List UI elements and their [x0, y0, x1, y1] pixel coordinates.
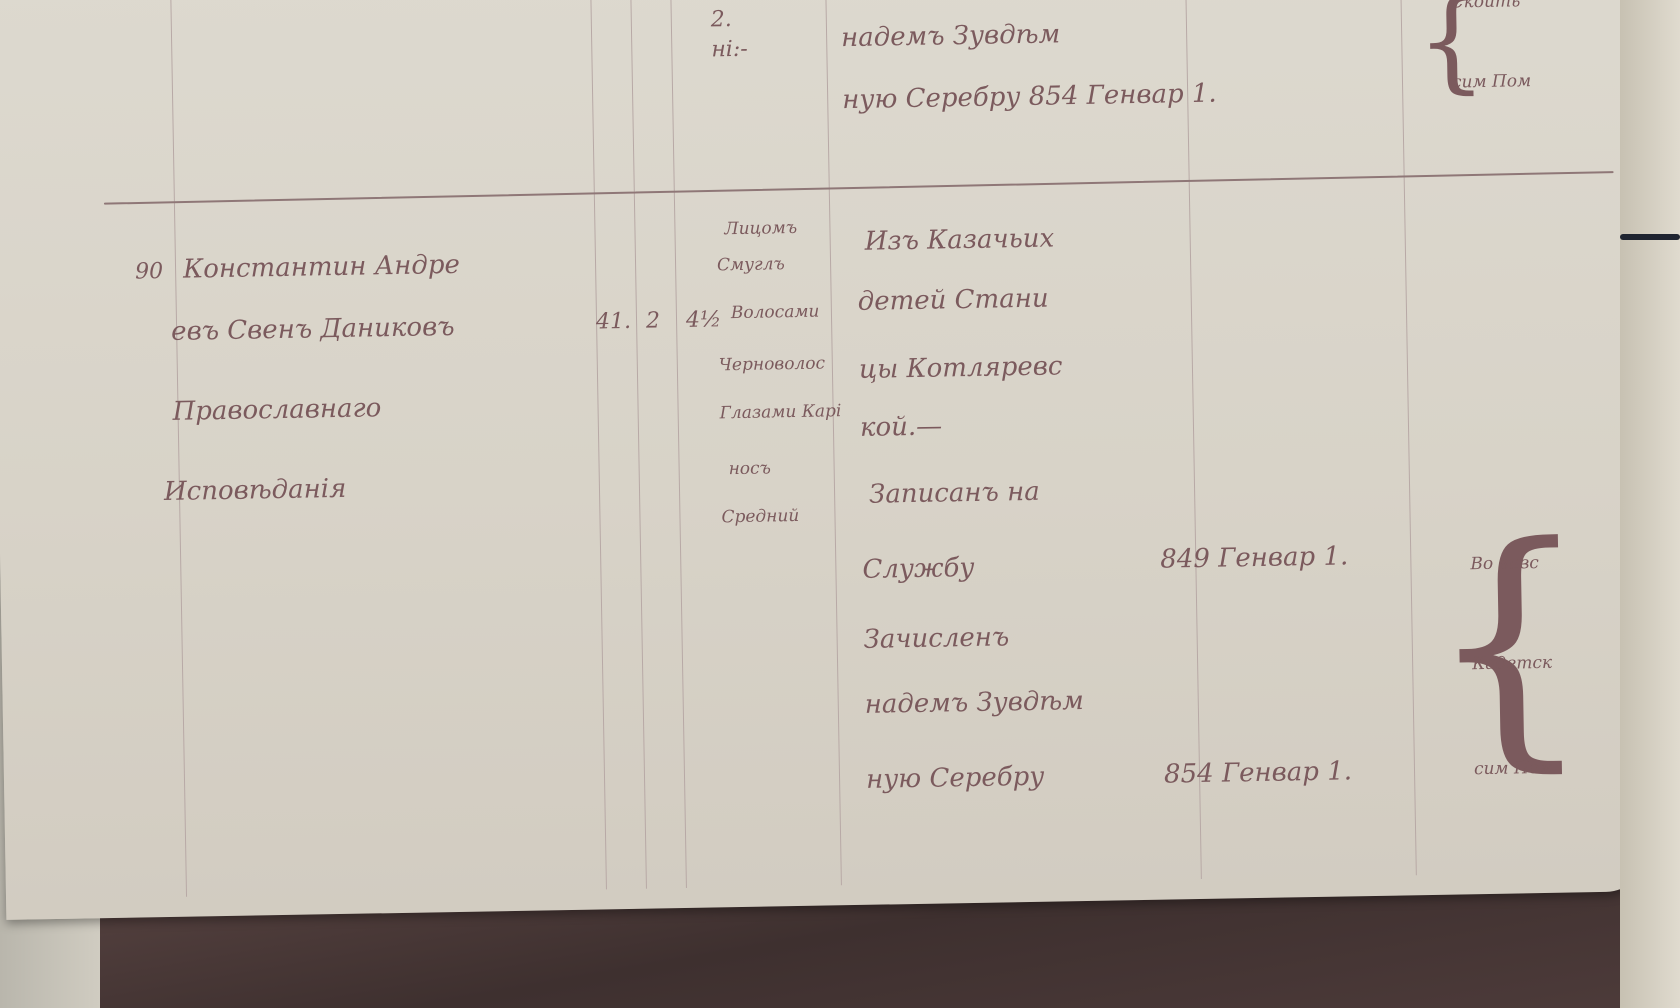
entry-name-line2: евъ Свенъ Даниковъ — [171, 312, 455, 347]
column-rule — [670, 0, 687, 888]
appearance-line: Средний — [721, 506, 799, 527]
appearance-line: носъ — [728, 458, 771, 479]
binding-thread — [1620, 234, 1680, 240]
entry-name-line1: Константин Андре — [183, 250, 460, 285]
service-date: 849 Генвар 1. — [1160, 541, 1348, 574]
appearance-line: Черноволос — [719, 353, 826, 375]
column-rule — [1400, 0, 1417, 875]
origin-line: цы Котляревс — [859, 351, 1063, 385]
service-date: 854 Генвар 1. — [1164, 756, 1352, 789]
prev-bracket-line: Скоить — [1450, 0, 1520, 13]
appearance-line: Смуглъ — [717, 254, 785, 275]
prev-line2: ную Серебру 854 Генвар 1. — [842, 79, 1217, 116]
bracket-line: Во вивс — [1470, 553, 1539, 574]
prev-line1: надемъ Зувдѣм — [841, 19, 1061, 53]
height-arshin: 2 — [646, 308, 660, 333]
origin-line: кой.— — [860, 411, 943, 442]
facing-page-edge — [1620, 0, 1680, 1008]
appearance-line: Глазами Карі — [719, 401, 841, 423]
service-line: Службу — [862, 553, 975, 585]
origin-line: Изъ Казачьих — [864, 223, 1054, 256]
column-rule — [1185, 0, 1202, 879]
column-rule — [170, 0, 187, 897]
religion-line2: Исповѣданія — [164, 474, 347, 507]
brace-icon: { — [1425, 512, 1595, 775]
service-line: Записанъ на — [869, 477, 1040, 510]
service-line: ную Серебру — [866, 762, 1045, 795]
prev-note: ні:- — [711, 37, 748, 63]
origin-line: детей Стани — [857, 284, 1048, 317]
height-vershok: 4½ — [686, 307, 722, 333]
column-rule — [590, 0, 607, 889]
entry-divider — [104, 171, 1614, 205]
religion-line1: Православнаго — [172, 393, 381, 427]
age: 41. — [596, 309, 631, 335]
ledger-page: 2. ні:- надемъ Зувдѣм ную Серебру 854 Ге… — [0, 0, 1646, 920]
service-line: Зачисленъ — [863, 622, 1009, 655]
prev-bracket-line: сим Пом — [1452, 71, 1531, 92]
entry-number: 90 — [135, 259, 163, 284]
appearance-line: Лицомъ — [724, 218, 797, 239]
column-rule — [630, 0, 647, 889]
bracket-line: сим Пом — [1474, 758, 1553, 779]
bracket-line: Кадетск — [1472, 653, 1552, 674]
column-rule — [825, 0, 842, 885]
appearance-line: Волосами — [731, 302, 820, 324]
service-line: надемъ Зувдѣм — [865, 686, 1085, 720]
prev-note-prefix: 2. — [711, 7, 732, 32]
